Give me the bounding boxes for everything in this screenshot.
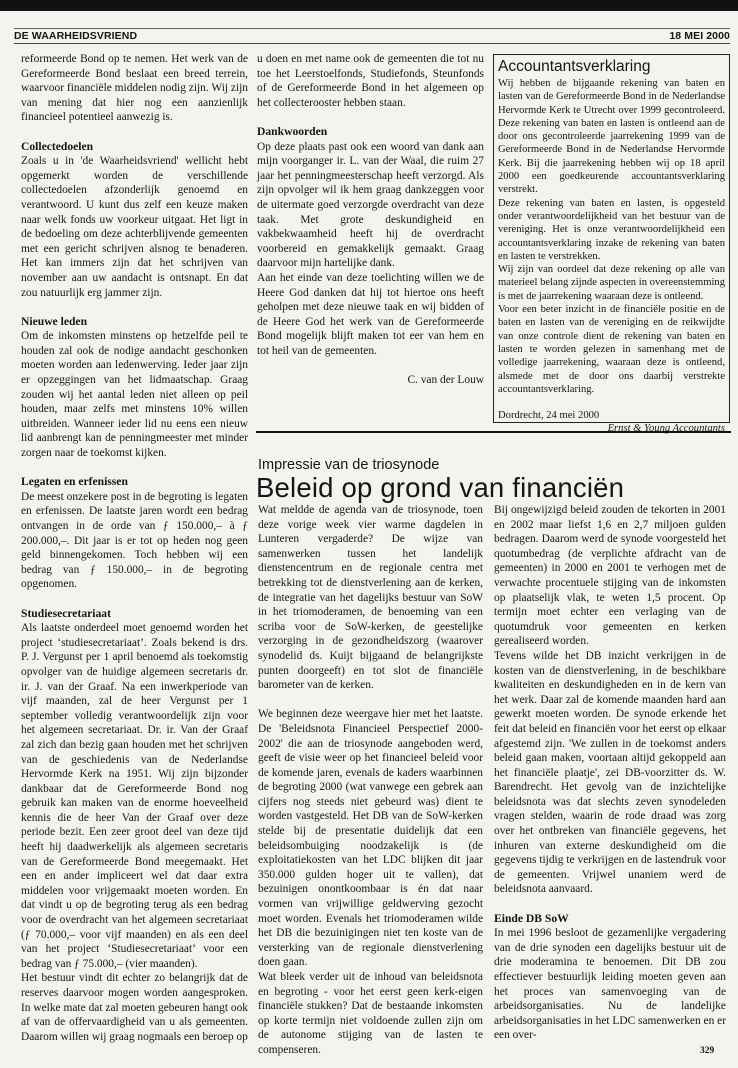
box-paragraph: Deze rekening van baten en lasten, is op…: [498, 197, 725, 263]
article-paragraph: Wat meldde de agenda van de triosynode, …: [258, 503, 483, 693]
accountant-firm: Ernst & Young Accountants: [498, 422, 725, 435]
accountant-statement-box: Accountantsverklaring Wij hebben de bijg…: [493, 54, 730, 423]
article-separator: [256, 431, 731, 433]
article-paragraph: Als laatste onderdeel moet genoemd worde…: [21, 621, 248, 971]
top-black-band: [0, 0, 738, 11]
article-paragraph: De meest onzekere post in de begroting i…: [21, 490, 248, 592]
section-heading: Legaten en erfenissen: [21, 475, 248, 490]
article-paragraph: Om de inkomsten minstens op hetzelfde pe…: [21, 329, 248, 460]
article-paragraph: We beginnen deze weergave hier met het l…: [258, 707, 483, 970]
article-paragraph: Zoals u in 'de Waarheidsvriend' wellicht…: [21, 154, 248, 300]
article-paragraph: Wat bleek verder uit de inhoud van belei…: [258, 970, 483, 1058]
paragraph-gap: [258, 693, 483, 708]
box-paragraph: Wij zijn van oordeel dat deze rekening o…: [498, 263, 725, 303]
issue-date: 18 MEI 2000: [669, 30, 730, 42]
article-paragraph: reformeerde Bond op te nemen. Het werk v…: [21, 52, 248, 125]
box-title: Accountantsverklaring: [498, 58, 725, 76]
column-2: u doen en met name ook de gemeenten die …: [257, 52, 484, 388]
article-paragraph: Op deze plaats past ook een woord van da…: [257, 140, 484, 271]
section-heading: Dankwoorden: [257, 125, 484, 140]
article-paragraph: Aan het einde van deze toelichting wille…: [257, 271, 484, 359]
column-4: Bij ongewijzigd beleid zouden de tekorte…: [494, 503, 726, 1043]
section-heading: Collectedoelen: [21, 140, 248, 155]
section-heading: Studiesecretariaat: [21, 607, 248, 622]
article-paragraph: In mei 1996 besloot de gezamenlijke verg…: [494, 926, 726, 1043]
author-signature: C. van der Louw: [257, 373, 484, 388]
page-header: DE WAARHEIDSVRIEND 18 MEI 2000: [14, 28, 730, 44]
publication-name: DE WAARHEIDSVRIEND: [14, 30, 137, 42]
column-3: Wat meldde de agenda van de triosynode, …: [258, 503, 483, 1058]
article-paragraph: u doen en met name ook de gemeenten die …: [257, 52, 484, 110]
article-headline: Beleid op grond van financiën: [256, 472, 624, 504]
box-paragraph: Voor een beter inzicht in de financiële …: [498, 303, 725, 396]
article-paragraph: Tevens wilde het DB inzicht verkrijgen i…: [494, 649, 726, 897]
box-paragraph: Wij hebben de bijgaande rekening van bat…: [498, 77, 725, 197]
section-heading: Einde DB SoW: [494, 912, 726, 927]
article-paragraph: Het bestuur vindt dit echter zo belangri…: [21, 971, 248, 1044]
column-1: reformeerde Bond op te nemen. Het werk v…: [21, 52, 248, 1044]
place-date: Dordrecht, 24 mei 2000: [498, 409, 725, 422]
page-number: 329: [700, 1046, 714, 1056]
section-heading: Nieuwe leden: [21, 315, 248, 330]
article-paragraph: Bij ongewijzigd beleid zouden de tekorte…: [494, 503, 726, 649]
